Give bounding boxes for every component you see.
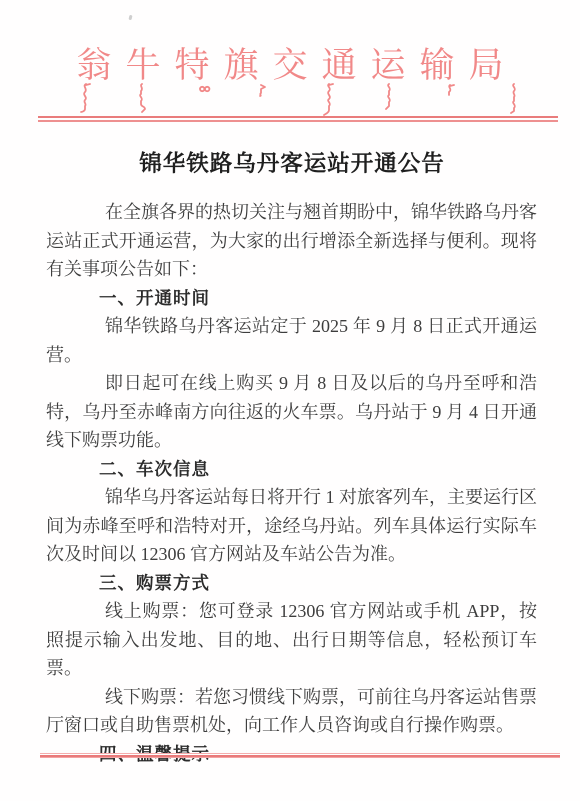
- mongolian-script-row: [0, 83, 580, 119]
- letterhead-rule: [38, 116, 558, 122]
- agency-name: 翁牛特旗交通运输局: [0, 38, 580, 88]
- section-heading-2: 二、车次信息: [46, 455, 537, 484]
- announcement-body: 锦华铁路乌丹客运站开通公告 在全旗各界的热切关注与翘首期盼中，锦华铁路乌丹客运站…: [46, 140, 537, 768]
- announcement-title: 锦华铁路乌丹客运站开通公告: [46, 148, 537, 180]
- section-1-paragraph: 即日起可在线上购买 9 月 8 日及以后的乌丹至呼和浩特，乌丹至赤峰南方向往返的…: [46, 369, 537, 455]
- mongolian-glyph-icon: [135, 83, 148, 113]
- page-footer-rule: [40, 753, 560, 758]
- section-2-paragraph: 锦华乌丹客运站每日将开行 1 对旅客列车，主要运行区间为赤峰至呼和浩特对开，途经…: [46, 483, 537, 569]
- section-3-paragraph: 线下购票：若您习惯线下购票，可前往乌丹客运站售票厅窗口或自助售票机处，向工作人员…: [46, 683, 537, 740]
- mongolian-glyph-icon: [198, 85, 211, 93]
- scan-artifact: [128, 15, 132, 21]
- mongolian-glyph-icon: [255, 84, 266, 97]
- mongolian-glyph-icon: [445, 84, 455, 96]
- mongolian-glyph-icon: [78, 83, 92, 113]
- intro-paragraph: 在全旗各界的热切关注与翘首期盼中，锦华铁路乌丹客运站正式开通运营，为大家的出行增…: [46, 198, 537, 284]
- section-heading-1: 一、开通时间: [46, 284, 537, 313]
- mongolian-glyph-icon: [507, 83, 519, 114]
- section-heading-3: 三、购票方式: [46, 569, 537, 598]
- section-1-paragraph: 锦华铁路乌丹客运站定于 2025 年 9 月 8 日正式开通运营。: [46, 312, 537, 369]
- scanned-announcement-page: 翁牛特旗交通运输局 锦华铁路乌丹客运站开通公告 在全旗各界的热切关注与翘首期盼中: [0, 0, 580, 801]
- section-3-paragraph: 线上购票：您可登录 12306 官方网站或手机 APP，按照提示输入出发地、目的…: [46, 597, 537, 683]
- mongolian-glyph-icon: [322, 83, 335, 116]
- mongolian-glyph-icon: [383, 83, 394, 110]
